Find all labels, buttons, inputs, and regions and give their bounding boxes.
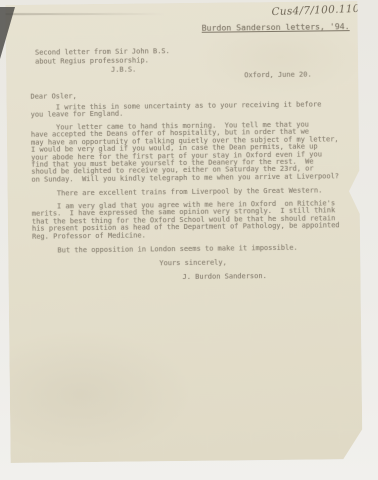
scanned-letter-page: Cus4/7/100.110 Burdon Sanderson letters,… [0, 0, 378, 480]
letter-paper: Cus4/7/100.110 Burdon Sanderson letters,… [5, 1, 362, 463]
letter-closing: Yours sincerely, [159, 260, 227, 268]
letter-paragraph-5: But the opposition in London seems to ma… [32, 245, 298, 255]
series-heading: Burdon Sanderson letters, '94. [202, 23, 350, 32]
letter-signature: J. Burdon Sanderson. [182, 273, 266, 281]
scanner-corner-shadow [0, 7, 15, 59]
letter-paragraph-4: I am very glad that you agree with me he… [32, 200, 340, 241]
letter-paragraph-1: I write this in some uncertainty as to y… [31, 101, 322, 119]
letter-paragraph-3: There are excellent trains from Liverpoo… [32, 187, 323, 198]
letter-dateline: Oxford, June 20. [244, 72, 312, 80]
paper-crease [6, 13, 166, 15]
catalog-note: Second letter from Sir John B.S. about R… [35, 47, 170, 76]
letter-paragraph-2: Your letter came to hand this morning. Y… [31, 121, 339, 184]
accession-number: Cus4/7/100.110 [271, 3, 360, 18]
letter-salutation: Dear Osler, [30, 93, 76, 101]
